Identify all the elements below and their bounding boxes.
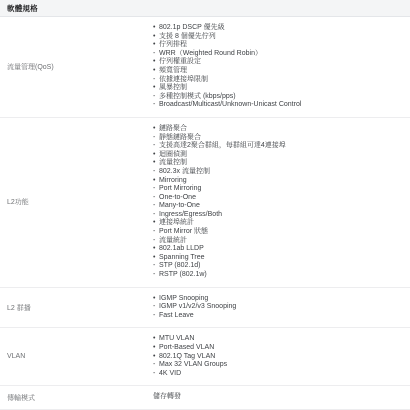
spec-item-text: Ingress/Egress/Both: [159, 211, 406, 220]
spec-item-text: 儲存轉發: [153, 393, 406, 402]
spec-item-text: 4K VID: [159, 370, 406, 379]
spec-item: -Broadcast/Multicast/Unknown-Unicast Con…: [153, 101, 406, 110]
spec-item: -RSTP (802.1w): [153, 271, 406, 280]
spec-item-text: 靜態鏈路聚合: [159, 134, 406, 143]
spec-item: -Fast Leave: [153, 312, 406, 321]
spec-item-text: 風暴控制: [159, 84, 406, 93]
spec-item: •Spanning Tree: [153, 254, 406, 263]
spec-item-text: 頻寬管理: [159, 67, 406, 76]
spec-item: -靜態鏈路聚合: [153, 134, 406, 143]
spec-item: -Port Mirror 狀態: [153, 228, 406, 237]
spec-item: -Port Mirroring: [153, 185, 406, 194]
spec-item-text: Spanning Tree: [159, 254, 406, 263]
spec-item: •MTU VLAN: [153, 335, 406, 344]
spec-item-text: Max 32 VLAN Groups: [159, 361, 406, 370]
spec-item: -One-to-One: [153, 194, 406, 203]
spec-row-content: •802.1p DSCP 優先級•支援 8 個優先佇列•佇列排程-WRR（Wei…: [153, 17, 410, 117]
spec-item: •連接埠統計: [153, 219, 406, 228]
section-title: 軟體規格: [7, 3, 38, 14]
spec-row-label: 傳輸模式: [0, 386, 153, 409]
spec-item-text: 802.1ab LLDP: [159, 245, 406, 254]
spec-item: -802.3x 流量控制: [153, 168, 406, 177]
spec-item-text: Port-Based VLAN: [159, 344, 406, 353]
spec-item-text: IGMP v1/v2/v3 Snooping: [159, 303, 406, 312]
spec-item-text: 迴圈偵測: [159, 151, 406, 160]
spec-row-content: •IGMP Snooping-IGMP v1/v2/v3 Snooping-Fa…: [153, 288, 410, 328]
spec-item-text: Port Mirroring: [159, 185, 406, 194]
spec-item-text: 多種控制模式 (kbps/pps): [159, 93, 406, 102]
spec-item-text: RSTP (802.1w): [159, 271, 406, 280]
spec-row: L2功能•鏈路聚合-靜態鏈路聚合-支援高達2聚合群組，每群組可達4連接埠•迴圈偵…: [0, 118, 410, 288]
spec-row-label: VLAN: [0, 328, 153, 385]
spec-item: •流量控制: [153, 159, 406, 168]
spec-row: 流量管理(QoS)•802.1p DSCP 優先級•支援 8 個優先佇列•佇列排…: [0, 17, 410, 118]
spec-item: •鏈路聚合: [153, 125, 406, 134]
spec-item: •頻寬管理: [153, 67, 406, 76]
spec-row: 傳輸模式儲存轉發: [0, 386, 410, 410]
spec-row: L2 群播•IGMP Snooping-IGMP v1/v2/v3 Snoopi…: [0, 288, 410, 329]
spec-item: -STP (802.1d): [153, 262, 406, 271]
spec-row-label: 流量管理(QoS): [0, 17, 153, 117]
spec-item: -Max 32 VLAN Groups: [153, 361, 406, 370]
spec-item-text: 支援 8 個優先佇列: [159, 33, 406, 42]
spec-item-text: 802.3x 流量控制: [159, 168, 406, 177]
spec-row-label: L2 群播: [0, 288, 153, 328]
spec-item-text: Fast Leave: [159, 312, 406, 321]
spec-item-text: 佇列權重設定: [159, 58, 406, 67]
spec-item-text: 802.1p DSCP 優先級: [159, 24, 406, 33]
spec-item: •佇列權重設定: [153, 58, 406, 67]
spec-item-text: Port Mirror 狀態: [159, 228, 406, 237]
spec-item: •支援 8 個優先佇列: [153, 33, 406, 42]
section-header: 軟體規格: [0, 0, 410, 17]
spec-item-text: IGMP Snooping: [159, 295, 406, 304]
spec-item: •迴圈偵測: [153, 151, 406, 160]
spec-item: -依據連接埠限制: [153, 76, 406, 85]
spec-item-text: One-to-One: [159, 194, 406, 203]
spec-row-content: 儲存轉發: [153, 386, 410, 409]
spec-table: 軟體規格 流量管理(QoS)•802.1p DSCP 優先級•支援 8 個優先佇…: [0, 0, 410, 410]
spec-item: -IGMP v1/v2/v3 Snooping: [153, 303, 406, 312]
spec-item-text: 連接埠統計: [159, 219, 406, 228]
spec-item-text: Many-to-One: [159, 202, 406, 211]
spec-item-text: 依據連接埠限制: [159, 76, 406, 85]
spec-item: •802.1Q Tag VLAN: [153, 353, 406, 362]
spec-item: -流量統計: [153, 237, 406, 246]
spec-item: •IGMP Snooping: [153, 295, 406, 304]
spec-item-text: MTU VLAN: [159, 335, 406, 344]
spec-item: •802.1ab LLDP: [153, 245, 406, 254]
spec-item: •佇列排程: [153, 41, 406, 50]
spec-item: •風暴控制: [153, 84, 406, 93]
spec-item: •Port-Based VLAN: [153, 344, 406, 353]
spec-row-content: •鏈路聚合-靜態鏈路聚合-支援高達2聚合群組，每群組可達4連接埠•迴圈偵測•流量…: [153, 118, 410, 287]
spec-item-text: Mirroring: [159, 177, 406, 186]
spec-item-text: STP (802.1d): [159, 262, 406, 271]
spec-item-text: 佇列排程: [159, 41, 406, 50]
spec-item: •802.1p DSCP 優先級: [153, 24, 406, 33]
spec-row-label: L2功能: [0, 118, 153, 287]
spec-item-text: 支援高達2聚合群組，每群組可達4連接埠: [159, 142, 406, 151]
spec-item: -多種控制模式 (kbps/pps): [153, 93, 406, 102]
spec-item-text: 流量控制: [159, 159, 406, 168]
spec-item: -4K VID: [153, 370, 406, 379]
spec-item-text: 802.1Q Tag VLAN: [159, 353, 406, 362]
spec-item: 儲存轉發: [153, 393, 406, 402]
spec-item-text: 鏈路聚合: [159, 125, 406, 134]
spec-row: VLAN•MTU VLAN•Port-Based VLAN•802.1Q Tag…: [0, 328, 410, 386]
spec-item: -Many-to-One: [153, 202, 406, 211]
spec-item-text: 流量統計: [159, 237, 406, 246]
spec-row-content: •MTU VLAN•Port-Based VLAN•802.1Q Tag VLA…: [153, 328, 410, 385]
spec-item-text: Broadcast/Multicast/Unknown-Unicast Cont…: [159, 101, 406, 110]
spec-item: -支援高達2聚合群組，每群組可達4連接埠: [153, 142, 406, 151]
spec-item: •Mirroring: [153, 177, 406, 186]
spec-rows: 流量管理(QoS)•802.1p DSCP 優先級•支援 8 個優先佇列•佇列排…: [0, 17, 410, 410]
